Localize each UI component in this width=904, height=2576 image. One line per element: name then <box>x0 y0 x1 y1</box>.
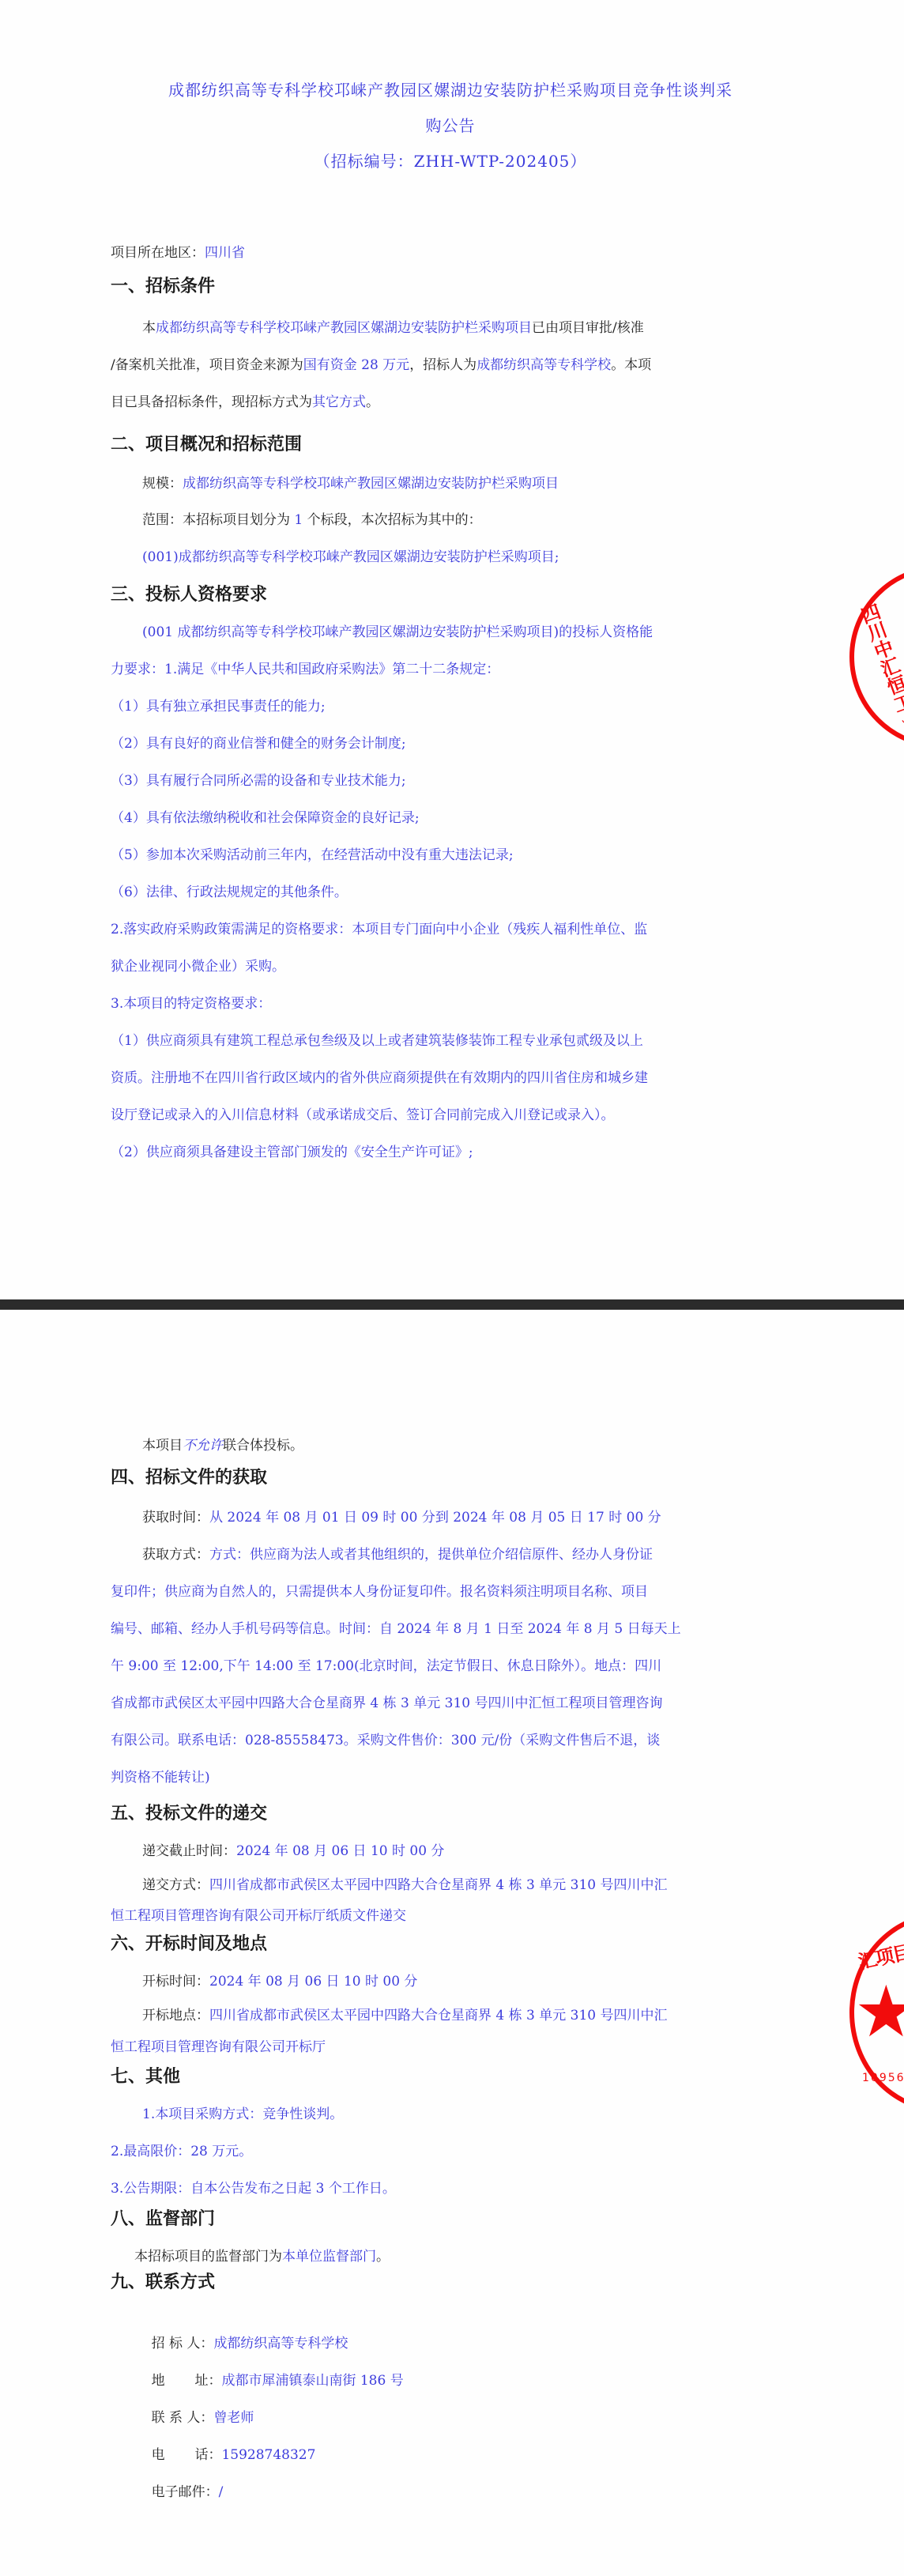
contact-value: / <box>219 2484 224 2500</box>
text: /备案机关批准，项目资金来源为 <box>111 357 303 373</box>
obtain-method-line-5: 省成都市武侯区太平园中四路大合仓星商界 4 栋 3 单元 310 号四川中汇恒工… <box>111 1692 663 1711</box>
opening-place-value: 四川省成都市武侯区太平园中四路大合仓星商界 4 栋 3 单元 310 号四川中汇 <box>209 2008 668 2023</box>
qualification-intro-2: 力要求：1.满足《中华人民共和国政府采购法》第二十二条规定： <box>111 658 499 677</box>
section-heading-7: 七、其他 <box>111 2063 180 2088</box>
lot-item: (001)成都纺织高等专科学校邛崃产教园区嫘湖边安装防护栏采购项目; <box>142 545 559 565</box>
submission-method-value: 四川省成都市武侯区太平园中四路大合仓星商界 4 栋 3 单元 310 号四川中汇 <box>209 1877 668 1893</box>
deadline-value: 2024 年 08 月 06 日 10 时 00 分 <box>236 1843 444 1859</box>
obtain-method-line-6: 有限公司。联系电话：028-85558473。采购文件售价：300 元/份（采购… <box>111 1729 660 1748</box>
stamp-text: 四川中汇恒工 <box>853 600 904 716</box>
obtain-method-line-2: 复印件；供应商为自然人的，只需提供本人身份证复印件。报名资料须注明项目名称、项目 <box>111 1580 648 1600</box>
tenderer-name: 成都纺织高等专科学校 <box>476 357 611 373</box>
stamp-text: 汇项目管 <box>855 1933 904 1974</box>
qualification-item-5: （5）参加本次采购活动前三年内，在经营活动中没有重大违法记录; <box>111 843 514 863</box>
project-name: 成都纺织高等专科学校邛崃产教园区嫘湖边安装防护栏采购项目 <box>156 320 532 336</box>
special-req-2: （2）供应商须具备建设主管部门颁发的《安全生产许可证》; <box>111 1141 473 1160</box>
section-heading-3: 三、投标人资格要求 <box>111 581 267 605</box>
supervision-department: 本单位监督部门 <box>282 2249 376 2265</box>
text: 范围：本招标项目划分为 <box>142 512 290 528</box>
contact-label: 电 话： <box>152 2447 222 2463</box>
special-req-1-line-2: 资质。注册地不在四川省行政区域内的省外供应商须提供在有效期内的四川省住房和城乡建 <box>111 1066 648 1086</box>
contact-label: 地 址： <box>152 2373 222 2389</box>
contact-label: 联 系 人： <box>152 2410 214 2426</box>
section-heading-6: 六、开标时间及地点 <box>111 1930 267 1955</box>
obtain-time-label: 获取时间： <box>142 1510 209 1526</box>
section-heading-1: 一、招标条件 <box>111 273 215 297</box>
qualification-intro-1: (001 成都纺织高等专科学校邛崃产教园区嫘湖边安装防护栏采购项目)的投标人资格… <box>142 620 653 640</box>
section-heading-4: 四、招标文件的获取 <box>111 1464 267 1488</box>
section-heading-9: 九、联系方式 <box>111 2269 215 2293</box>
special-req-1-line-1: （1）供应商须具有建筑工程总承包叁级及以上或者建筑装修装饰工程专业承包贰级及以上 <box>111 1029 643 1049</box>
contact-label: 招 标 人： <box>152 2336 214 2352</box>
opening-time-value: 2024 年 08 月 06 日 10 时 00 分 <box>209 1974 417 1990</box>
contact-value: 15928748327 <box>221 2447 315 2463</box>
project-region: 项目所在地区：四川省 <box>111 241 245 261</box>
text: 本项目 <box>142 1438 183 1454</box>
s1-paragraph-line-3: 目已具备招标条件，现招标方式为其它方式。 <box>111 390 379 410</box>
obtain-time-value: 从 2024 年 08 月 01 日 09 时 00 分到 2024 年 08 … <box>209 1510 661 1526</box>
consortium-note: 本项目不允许联合体投标。 <box>142 1434 303 1454</box>
stamp-number: 109568 <box>862 2072 904 2084</box>
document-page-2: 本项目不允许联合体投标。 四、招标文件的获取 获取时间：从 2024 年 08 … <box>0 1310 904 2576</box>
deadline-label: 递交截止时间： <box>142 1843 236 1859</box>
consortium-value: 不允许 <box>183 1438 223 1454</box>
page-separator <box>0 1299 904 1310</box>
text: 已由项目审批/核准 <box>532 320 644 336</box>
text: ，招标人为 <box>409 357 476 373</box>
text: 联合体投标。 <box>223 1438 303 1454</box>
qualification-item-1: （1）具有独立承担民事责任的能力; <box>111 695 326 715</box>
submission-method-line-2: 恒工程项目管理咨询有限公司开标厅纸质文件递交 <box>111 1904 406 1924</box>
policy-line-1: 2.落实政府采购政策需满足的资格要求：本项目专门面向中小企业（残疾人福利性单位、… <box>111 918 647 937</box>
special-req-1-line-3: 设厅登记或录入的入川信息材料（或承诺成交后、签订合同前完成入川登记或录入）。 <box>111 1103 615 1123</box>
contact-value: 曾老师 <box>213 2410 254 2426</box>
other-item-2: 2.最高限价：28 万元。 <box>111 2140 252 2159</box>
opening-place-label: 开标地点： <box>142 2008 209 2023</box>
scale-line: 规模：成都纺织高等专科学校邛崃产教园区嫘湖边安装防护栏采购项目 <box>142 472 559 492</box>
obtain-time: 获取时间：从 2024 年 08 月 01 日 09 时 00 分到 2024 … <box>142 1506 661 1526</box>
qualification-item-6: （6）法律、行政法规规定的其他条件。 <box>111 881 348 900</box>
opening-time: 开标时间：2024 年 08 月 06 日 10 时 00 分 <box>142 1970 417 1990</box>
s1-paragraph-line-1: 本成都纺织高等专科学校邛崃产教园区嫘湖边安装防护栏采购项目已由项目审批/核准 <box>142 316 644 336</box>
text: 。 <box>366 394 379 410</box>
contact-email: 电子邮件：/ <box>134 2465 223 2516</box>
obtain-method-line-1: 获取方式：方式：供应商为法人或者其他组织的，提供单位介绍信原件、经办人身份证 <box>142 1543 653 1563</box>
opening-place-line-1: 开标地点：四川省成都市武侯区太平园中四路大合仓星商界 4 栋 3 单元 310 … <box>142 2004 668 2023</box>
text: 。 <box>376 2249 390 2265</box>
official-seal-stamp: 四川中汇恒工 51 <box>849 565 904 749</box>
company-seal-stamp: 汇项目管 ★ 109568 <box>849 1913 904 2112</box>
text: 本招标项目的监督部门为 <box>134 2249 282 2265</box>
section-heading-5: 五、投标文件的递交 <box>111 1800 267 1824</box>
s1-paragraph-line-2: /备案机关批准，项目资金来源为国有资金 28 万元，招标人为成都纺织高等专科学校… <box>111 353 651 373</box>
star-icon: ★ <box>854 1977 904 2048</box>
tender-method: 其它方式 <box>312 394 366 410</box>
policy-line-2: 狱企业视同小微企业）采购。 <box>111 955 285 975</box>
submission-deadline: 递交截止时间：2024 年 08 月 06 日 10 时 00 分 <box>142 1839 444 1859</box>
range-line: 范围：本招标项目划分为 1 个标段，本次招标为其中的： <box>142 508 482 528</box>
text: 目已具备招标条件，现招标方式为 <box>111 394 312 410</box>
region-label: 项目所在地区： <box>111 245 205 261</box>
section-heading-8: 八、监督部门 <box>111 2205 215 2230</box>
obtain-method-line-7: 判资格不能转让) <box>111 1766 210 1786</box>
obtain-method-text: 方式：供应商为法人或者其他组织的，提供单位介绍信原件、经办人身份证 <box>209 1547 653 1563</box>
opening-time-label: 开标时间： <box>142 1974 209 1990</box>
section-heading-2: 二、项目概况和招标范围 <box>111 431 302 455</box>
contact-label: 电子邮件： <box>152 2484 219 2500</box>
other-item-3: 3.公告期限：自本公告发布之日起 3 个工作日。 <box>111 2177 396 2197</box>
qualification-item-2: （2）具有良好的商业信誉和健全的财务会计制度; <box>111 732 406 752</box>
doc-title-line-2: 购公告 <box>111 113 790 136</box>
text: 本 <box>142 320 156 336</box>
qualification-item-3: （3）具有履行合同所必需的设备和专业技术能力; <box>111 769 406 789</box>
scale-value: 成都纺织高等专科学校邛崃产教园区嫘湖边安装防护栏采购项目 <box>183 476 559 492</box>
other-item-1: 1.本项目采购方式：竞争性谈判。 <box>142 2103 343 2122</box>
doc-title-line-1: 成都纺织高等专科学校邛崃产教园区嫘湖边安装防护栏采购项目竞争性谈判采 <box>111 77 790 100</box>
special-requirements-heading: 3.本项目的特定资格要求： <box>111 992 271 1012</box>
lot-count: 1 <box>294 512 303 528</box>
scale-label: 规模： <box>142 476 183 492</box>
opening-place-line-2: 恒工程项目管理咨询有限公司开标厅 <box>111 2035 326 2055</box>
obtain-method-line-3: 编号、邮箱、经办人手机号码等信息。时间：自 2024 年 8 月 1 日至 20… <box>111 1617 681 1637</box>
stamp-number: 51 <box>899 713 904 732</box>
obtain-method-label: 获取方式： <box>142 1547 209 1563</box>
contact-value: 成都纺织高等专科学校 <box>213 2336 348 2352</box>
obtain-method-line-4: 午 9:00 至 12:00,下午 14:00 至 17:00(北京时间，法定节… <box>111 1654 661 1674</box>
fund-source: 国有资金 28 万元 <box>303 357 409 373</box>
text: 。本项 <box>611 357 651 373</box>
qualification-item-4: （4）具有依法缴纳税收和社会保障资金的良好记录; <box>111 806 420 826</box>
submission-method-line-1: 递交方式：四川省成都市武侯区太平园中四路大合仓星商界 4 栋 3 单元 310 … <box>142 1873 668 1893</box>
supervision-text: 本招标项目的监督部门为本单位监督部门。 <box>134 2245 390 2265</box>
submission-method-label: 递交方式： <box>142 1877 209 1893</box>
tender-code: （招标编号：ZHH-WTP-202405） <box>111 149 790 172</box>
text: 个标段，本次招标为其中的： <box>307 512 482 528</box>
region-value: 四川省 <box>205 245 245 261</box>
document-page-1: 成都纺织高等专科学校邛崃产教园区嫘湖边安装防护栏采购项目竞争性谈判采 购公告 （… <box>0 0 904 1299</box>
contact-value: 成都市犀浦镇泰山南街 186 号 <box>221 2373 403 2389</box>
